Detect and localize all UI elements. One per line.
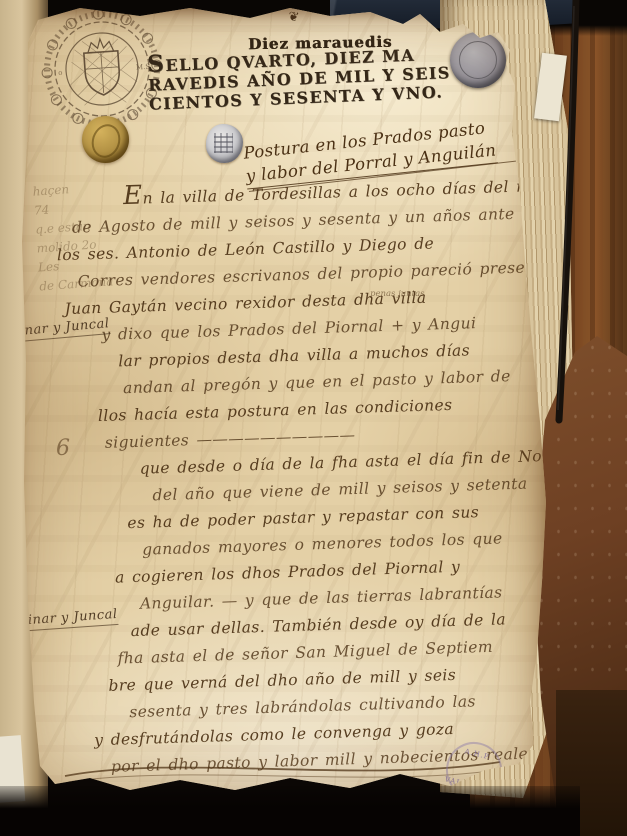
manuscript-page: M.S o ❦ Diez marauedis SELLO QVARTO, DIE…	[20, 2, 550, 798]
page-edge-shading	[20, 2, 550, 798]
bottom-shadow	[0, 786, 580, 836]
photo-of-manuscript: { "colors": { "paper": "#e4d0a6", "ink":…	[0, 0, 627, 836]
